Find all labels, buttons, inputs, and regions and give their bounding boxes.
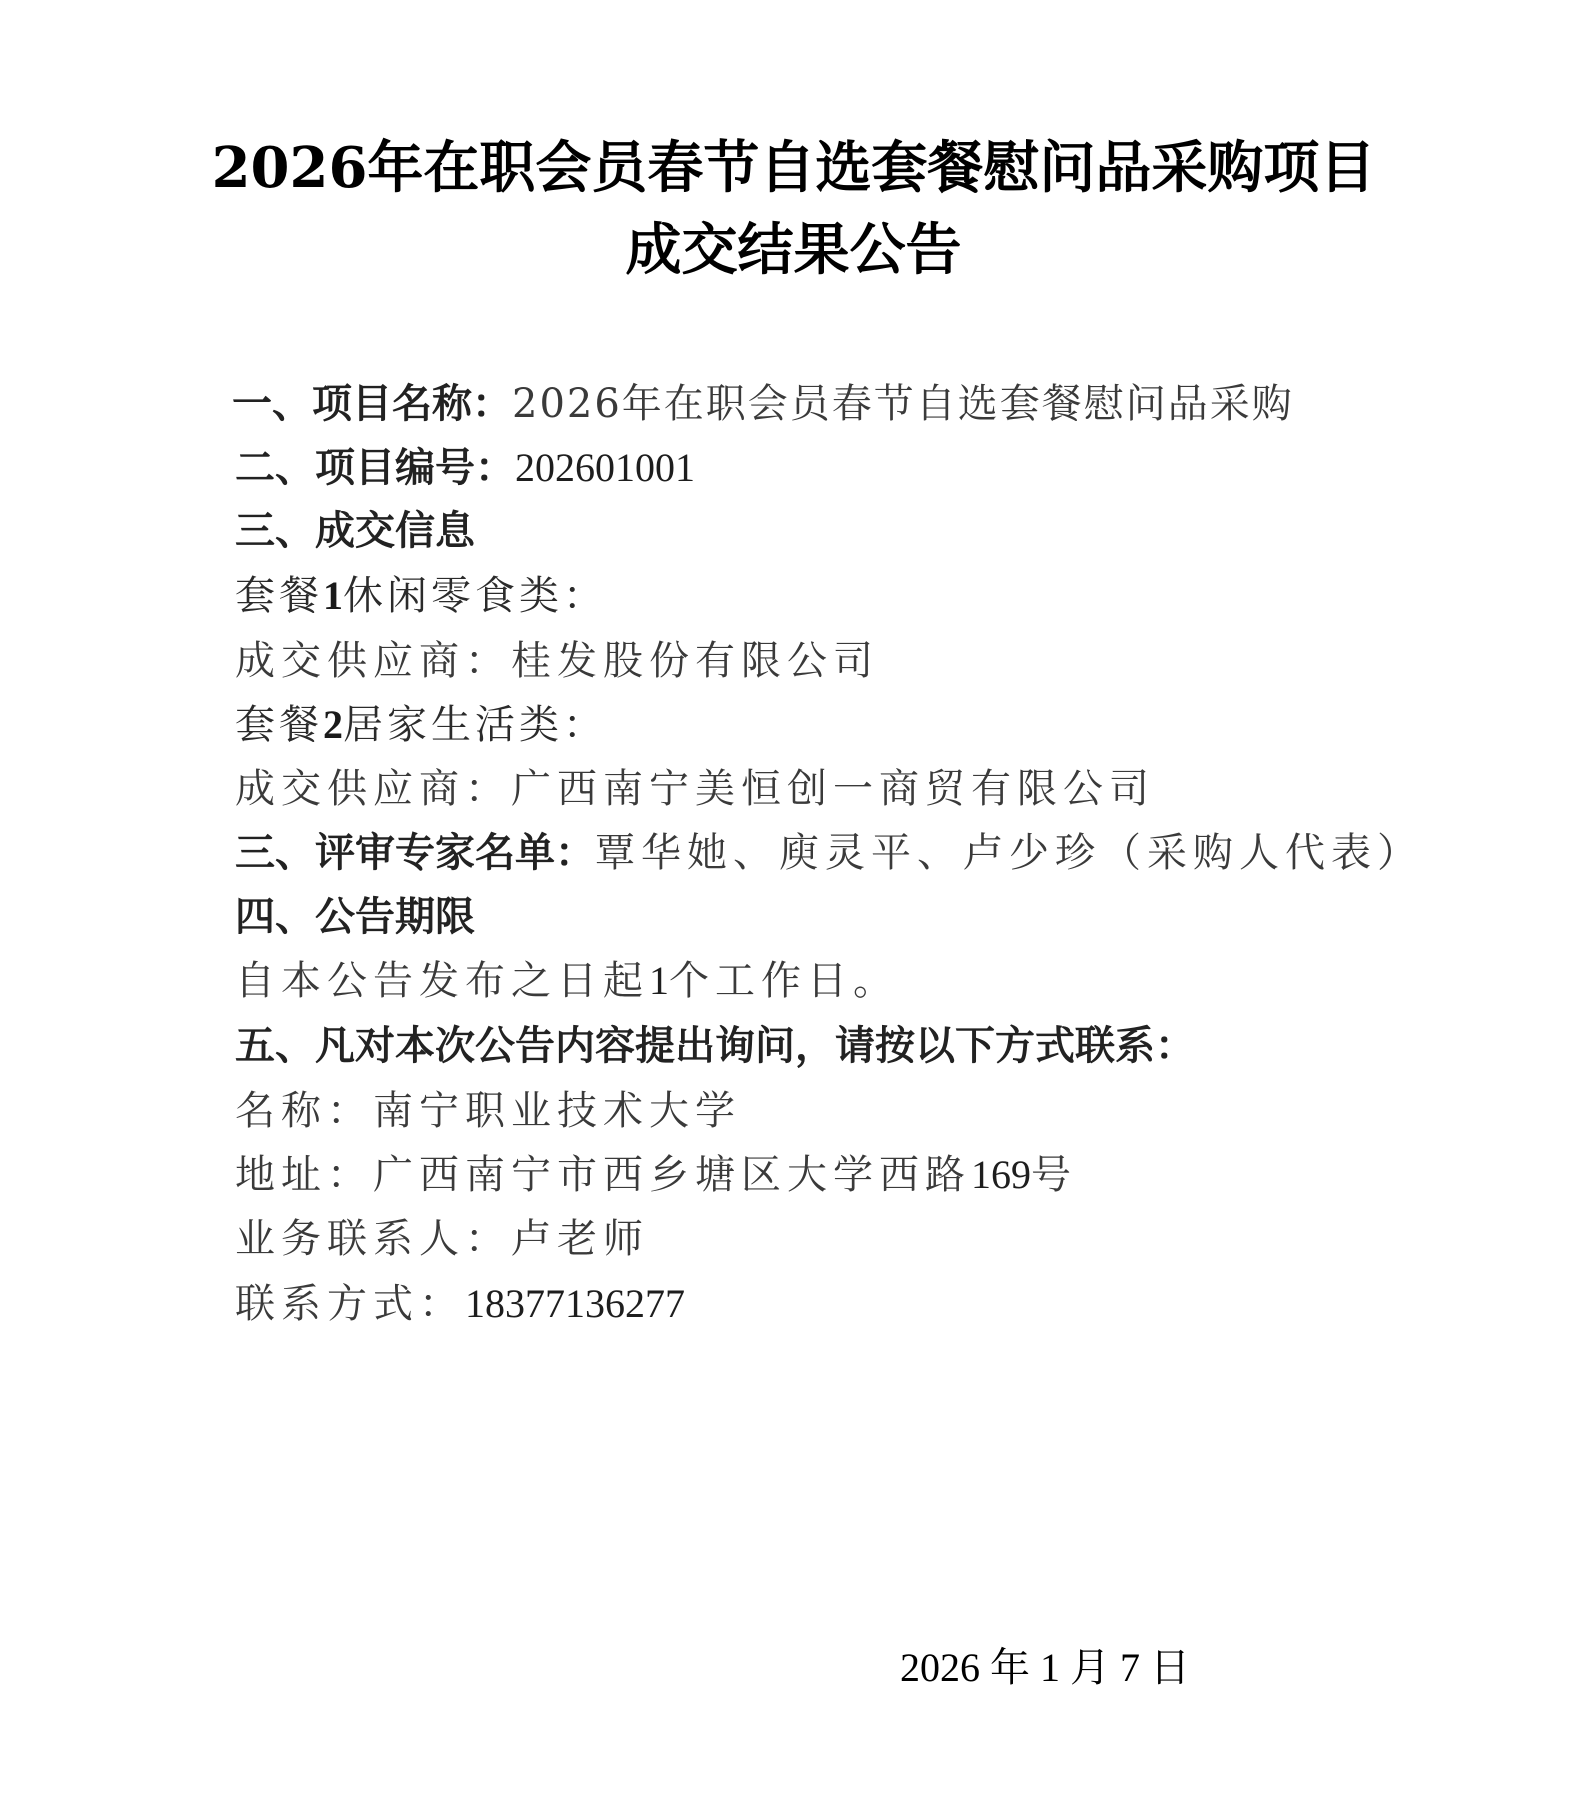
package-2-name: 居家生活类： [343, 702, 607, 748]
document-title-line-1: 2026年在职会员春节自选套餐慰问品采购项目 [0, 128, 1587, 208]
deal-info-heading: 三、成交信息 [235, 503, 475, 559]
project-number-value: 202601001 [515, 445, 695, 490]
package-1-supplier: 桂发股份有限公司 [511, 638, 879, 684]
experts-value: 覃华她、庾灵平、卢少珍（采购人代表） [595, 830, 1423, 876]
contact-heading-text: 五、凡对本次公告内容提出询问，请按以下方式联系： [235, 1023, 1195, 1069]
contact-phone-row: 联系方式：18377136277 [235, 1276, 685, 1332]
package-1-row: 套餐1休闲零食类： [235, 568, 607, 624]
notice-period-number: 1 [649, 958, 669, 1003]
contact-heading: 五、凡对本次公告内容提出询问，请按以下方式联系： [235, 1018, 1195, 1074]
package-1-number: 1 [323, 573, 343, 618]
package-2-row: 套餐2居家生活类： [235, 697, 607, 753]
project-number-row: 二、项目编号：202601001 [235, 440, 695, 496]
project-name-heading: 一、项目名称： [232, 381, 512, 427]
date-year: 2026 [900, 1645, 980, 1690]
date-month-unit: 月 [1070, 1645, 1110, 1690]
document-page: 2026年在职会员春节自选套餐慰问品采购项目 成交结果公告 一、项目名称：202… [0, 0, 1587, 1819]
package-2-prefix: 套餐 [235, 702, 323, 748]
date-month: 1 [1040, 1645, 1060, 1690]
contact-name-row: 名称：南宁职业技术大学 [235, 1083, 741, 1139]
contact-phone-value: 18377136277 [465, 1281, 685, 1326]
package-2-supplier: 广西南宁美恒创一商贸有限公司 [511, 766, 1155, 812]
date-day-unit: 日 [1150, 1645, 1190, 1690]
contact-address-text: 广西南宁市西乡塘区大学西路 [373, 1152, 971, 1198]
contact-address-row: 地址：广西南宁市西乡塘区大学西路169号 [235, 1147, 1077, 1203]
contact-phone-label: 联系方式： [235, 1281, 465, 1327]
publish-date: 2026年1月7日 [900, 1640, 1200, 1696]
project-name-row: 一、项目名称：2026年在职会员春节自选套餐慰问品采购 [232, 376, 1294, 432]
package-2-number: 2 [323, 702, 343, 747]
contact-address-number: 169 [971, 1152, 1031, 1197]
contact-address-suffix: 号 [1031, 1152, 1077, 1198]
project-name-value: 2026年在职会员春节自选套餐慰问品采购 [512, 381, 1294, 427]
package-1-prefix: 套餐 [235, 573, 323, 619]
deal-info-heading-text: 三、成交信息 [235, 508, 475, 554]
package-2-supplier-row: 成交供应商：广西南宁美恒创一商贸有限公司 [235, 761, 1155, 817]
notice-period-heading-text: 四、公告期限 [235, 894, 475, 940]
notice-period-heading: 四、公告期限 [235, 889, 475, 945]
package-1-supplier-row: 成交供应商：桂发股份有限公司 [235, 633, 879, 689]
notice-period-value-row: 自本公告发布之日起1个工作日。 [235, 953, 899, 1009]
package-2-supplier-label: 成交供应商： [235, 766, 511, 812]
contact-address-label: 地址： [235, 1152, 373, 1198]
date-day: 7 [1120, 1645, 1140, 1690]
date-year-unit: 年 [990, 1645, 1030, 1690]
contact-person-row: 业务联系人：卢老师 [235, 1211, 649, 1267]
package-1-supplier-label: 成交供应商： [235, 638, 511, 684]
document-title-line-2: 成交结果公告 [0, 210, 1587, 290]
notice-period-suffix: 个工作日。 [669, 958, 899, 1004]
contact-person-label: 业务联系人： [235, 1216, 511, 1262]
contact-name-value: 南宁职业技术大学 [373, 1088, 741, 1134]
contact-person-value: 卢老师 [511, 1216, 649, 1262]
package-1-name: 休闲零食类： [343, 573, 607, 619]
experts-row: 三、评审专家名单：覃华她、庾灵平、卢少珍（采购人代表） [235, 825, 1423, 881]
experts-heading: 三、评审专家名单： [235, 830, 595, 876]
project-number-heading: 二、项目编号： [235, 445, 515, 491]
contact-name-label: 名称： [235, 1088, 373, 1134]
notice-period-prefix: 自本公告发布之日起 [235, 958, 649, 1004]
